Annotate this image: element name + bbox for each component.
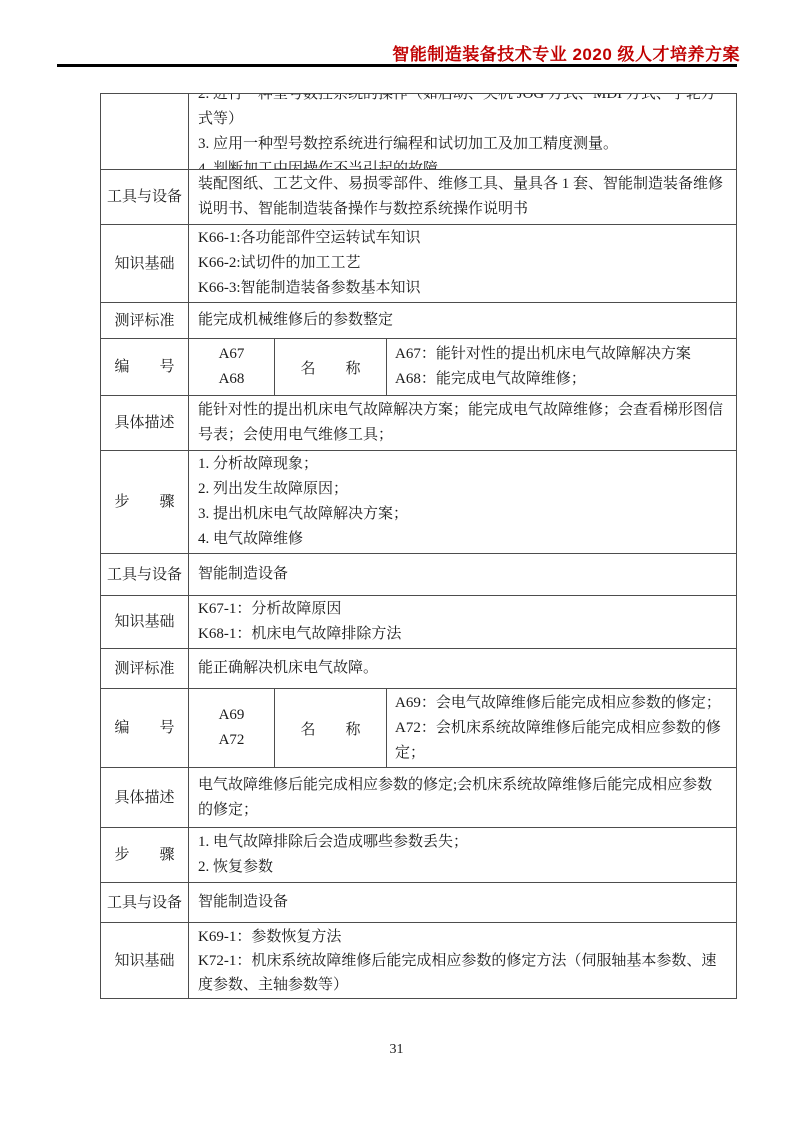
table-row: 步 骤 1. 电气故障排除后会造成哪些参数丢失； 2. 恢复参数 [101, 828, 736, 883]
table-row: 测评标准 能完成机械维修后的参数整定 [101, 303, 736, 339]
row-content: 装配图纸、工艺文件、易损零部件、维修工具、量具各 1 套、智能制造装备维修说明书… [189, 170, 736, 224]
content-line: A68：能完成电气故障维修； [395, 367, 728, 392]
content-line: 智能制造设备 [198, 890, 727, 915]
table-row-number: 编 号 A69 A72 名 称 A69：会电气故障维修后能完成相应参数的修定； … [101, 689, 736, 768]
content-line: 智能制造设备 [198, 562, 727, 587]
name-description-cell: A67：能针对性的提出机床电气故障解决方案 A68：能完成电气故障维修； [387, 339, 736, 395]
table-row: 知识基础 K66-1:各功能部件空运转试车知识 K66-2:试切件的加工工艺 K… [101, 225, 736, 303]
row-label: 测评标准 [101, 303, 189, 338]
content-line: K66-2:试切件的加工工艺 [198, 251, 727, 276]
row-label: 知识基础 [101, 923, 189, 998]
page-number: 31 [0, 1042, 793, 1058]
content-line: A72：会机床系统故障维修后能完成相应参数的修定； [395, 716, 728, 766]
row-content: 智能制造设备 [189, 554, 736, 595]
row-label [101, 94, 189, 169]
table-row: 步 骤 1. 分析故障现象； 2. 列出发生故障原因； 3. 提出机床电气故障解… [101, 451, 736, 554]
code-value: A72 [219, 728, 245, 753]
table-row: 测评标准 能正确解决机床电气故障。 [101, 649, 736, 689]
code-value: A68 [219, 367, 245, 392]
row-content: 2. 进行一种型号数控系统的操作（如启动、关机 JOG 方式、MDI 方式、手轮… [189, 94, 736, 169]
training-task-table: 2. 进行一种型号数控系统的操作（如启动、关机 JOG 方式、MDI 方式、手轮… [100, 93, 737, 999]
code-value: A69 [219, 703, 245, 728]
row-content: K66-1:各功能部件空运转试车知识 K66-2:试切件的加工工艺 K66-3:… [189, 225, 736, 302]
row-content: 1. 电气故障排除后会造成哪些参数丢失； 2. 恢复参数 [189, 828, 736, 882]
table-row: 工具与设备 智能制造设备 [101, 883, 736, 923]
content-line: K67-1：分析故障原因 [198, 597, 727, 622]
document-page: 智能制造装备技术专业 2020 级人才培养方案 2. 进行一种型号数控系统的操作… [0, 0, 793, 1122]
content-line: 能正确解决机床电气故障。 [198, 656, 727, 681]
table-row: 知识基础 K67-1：分析故障原因 K68-1：机床电气故障排除方法 [101, 596, 736, 649]
content-line: 3. 应用一种型号数控系统进行编程和试切加工及加工精度测量。 [198, 132, 727, 157]
code-cell: A69 A72 [189, 689, 275, 767]
content-line: 1. 电气故障排除后会造成哪些参数丢失； [198, 830, 727, 855]
table-row: 工具与设备 智能制造设备 [101, 554, 736, 596]
name-label: 名 称 [275, 689, 387, 767]
row-content: 能正确解决机床电气故障。 [189, 649, 736, 688]
row-content: 能完成机械维修后的参数整定 [189, 303, 736, 338]
name-description-cell: A69：会电气故障维修后能完成相应参数的修定； A72：会机床系统故障维修后能完… [387, 689, 736, 767]
content-line: 4. 电气故障维修 [198, 527, 727, 552]
row-label: 编 号 [101, 689, 189, 767]
content-line: 2. 进行一种型号数控系统的操作（如启动、关机 JOG 方式、MDI 方式、手轮… [198, 94, 727, 132]
row-content: 1. 分析故障现象； 2. 列出发生故障原因； 3. 提出机床电气故障解决方案；… [189, 451, 736, 553]
content-line: 电气故障维修后能完成相应参数的修定;会机床系统故障维修后能完成相应参数的修定； [198, 773, 727, 823]
table-row: 知识基础 K69-1：参数恢复方法 K72-1：机床系统故障维修后能完成相应参数… [101, 923, 736, 998]
row-label: 知识基础 [101, 596, 189, 648]
table-row: 具体描述 能针对性的提出机床电气故障解决方案；能完成电气故障维修；会查看梯形图信… [101, 396, 736, 451]
content-line: 3. 提出机床电气故障解决方案； [198, 502, 727, 527]
content-line: K72-1：机床系统故障维修后能完成相应参数的修定方法（伺服轴基本参数、速度参数… [198, 949, 727, 997]
row-content: 能针对性的提出机床电气故障解决方案；能完成电气故障维修；会查看梯形图信号表；会使… [189, 396, 736, 450]
row-label: 具体描述 [101, 768, 189, 827]
content-line: 2. 恢复参数 [198, 855, 727, 880]
row-label: 知识基础 [101, 225, 189, 302]
table-row-number: 编 号 A67 A68 名 称 A67：能针对性的提出机床电气故障解决方案 A6… [101, 339, 736, 396]
content-line: 装配图纸、工艺文件、易损零部件、维修工具、量具各 1 套、智能制造装备维修说明书… [198, 172, 727, 222]
row-label: 测评标准 [101, 649, 189, 688]
content-line: 4. 判断加工中因操作不当引起的故障 [198, 157, 727, 170]
row-label: 工具与设备 [101, 554, 189, 595]
content-line: 1. 分析故障现象； [198, 452, 727, 477]
content-line: A69：会电气故障维修后能完成相应参数的修定； [395, 691, 728, 716]
content-line: K66-1:各功能部件空运转试车知识 [198, 226, 727, 251]
name-label: 名 称 [275, 339, 387, 395]
code-value: A67 [219, 342, 245, 367]
table-row: 工具与设备 装配图纸、工艺文件、易损零部件、维修工具、量具各 1 套、智能制造装… [101, 170, 736, 225]
row-label: 工具与设备 [101, 883, 189, 922]
row-label: 编 号 [101, 339, 189, 395]
row-label: 步 骤 [101, 828, 189, 882]
content-line: 能针对性的提出机床电气故障解决方案；能完成电气故障维修；会查看梯形图信号表；会使… [198, 398, 727, 448]
row-content: K69-1：参数恢复方法 K72-1：机床系统故障维修后能完成相应参数的修定方法… [189, 923, 736, 998]
page-header-title: 智能制造装备技术专业 2020 级人才培养方案 [392, 40, 740, 65]
content-line: K69-1：参数恢复方法 [198, 925, 727, 949]
content-line: A67：能针对性的提出机床电气故障解决方案 [395, 342, 728, 367]
table-row: 具体描述 电气故障维修后能完成相应参数的修定;会机床系统故障维修后能完成相应参数… [101, 768, 736, 828]
row-label: 具体描述 [101, 396, 189, 450]
row-label: 工具与设备 [101, 170, 189, 224]
content-line: 2. 列出发生故障原因； [198, 477, 727, 502]
row-label: 步 骤 [101, 451, 189, 553]
content-line: K68-1：机床电气故障排除方法 [198, 622, 727, 647]
row-content: 智能制造设备 [189, 883, 736, 922]
row-content: 电气故障维修后能完成相应参数的修定;会机床系统故障维修后能完成相应参数的修定； [189, 768, 736, 827]
content-line: 能完成机械维修后的参数整定 [198, 308, 727, 333]
content-line: K66-3:智能制造装备参数基本知识 [198, 276, 727, 301]
header-double-rule [57, 64, 737, 67]
row-content: K67-1：分析故障原因 K68-1：机床电气故障排除方法 [189, 596, 736, 648]
code-cell: A67 A68 [189, 339, 275, 395]
table-row: 2. 进行一种型号数控系统的操作（如启动、关机 JOG 方式、MDI 方式、手轮… [101, 94, 736, 170]
